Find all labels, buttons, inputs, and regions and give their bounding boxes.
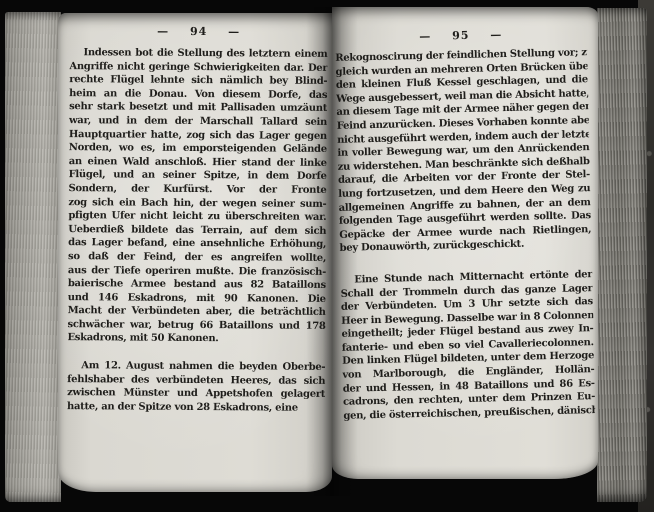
paragraph: Am 12. August nahmen die beyden Oberbe-f… [67, 359, 325, 415]
text-line: baierische Armee bestand aus 82 Bataillo… [68, 277, 326, 292]
left-page: — 94 — Indessen bot die Stellung des let… [58, 13, 332, 492]
right-page: — 95 — Rekognoscirung der feindlichen St… [332, 7, 598, 479]
text-line: Indessen bot die Stellung des letztern e… [69, 46, 327, 61]
text-line: pfigten Ufer nicht leicht zu überschreit… [68, 209, 326, 224]
page-number-left: — 94 — [70, 24, 328, 40]
paragraph: Rekognoscirung der feindlichen Stellung … [335, 46, 592, 256]
page-number-right: — 95 — [335, 26, 587, 46]
text-line: Eskadrons, mit 50 Kanonen. [67, 332, 325, 347]
paragraph: Eine Stunde nach Mitternacht ertönte der… [340, 268, 595, 423]
paragraph: Indessen bot die Stellung des letztern e… [67, 46, 327, 347]
left-page-fore-edges [5, 12, 61, 502]
text-line: war, und in dem der Marschall Tallard se… [69, 114, 327, 129]
left-page-text: Indessen bot die Stellung des letztern e… [67, 46, 328, 415]
text-line: Sondern, der Kurfürst. Vor der Fronte [68, 182, 326, 197]
text-line: Norden, wo es, im emporsteigenden Geländ… [69, 141, 327, 156]
text-line: so daß der Feind, der es angreifen wollt… [68, 250, 326, 265]
right-page-text: Rekognoscirung der feindlichen Stellung … [335, 46, 595, 423]
right-page-fore-edges [597, 8, 647, 502]
text-line: hatte, an der Spitze von 28 Eskadrons, e… [67, 400, 325, 415]
open-book-photo: — 94 — Indessen bot die Stellung des let… [0, 0, 654, 512]
text-line: Am 12. August nahmen die beyden Oberbe- [67, 359, 325, 374]
